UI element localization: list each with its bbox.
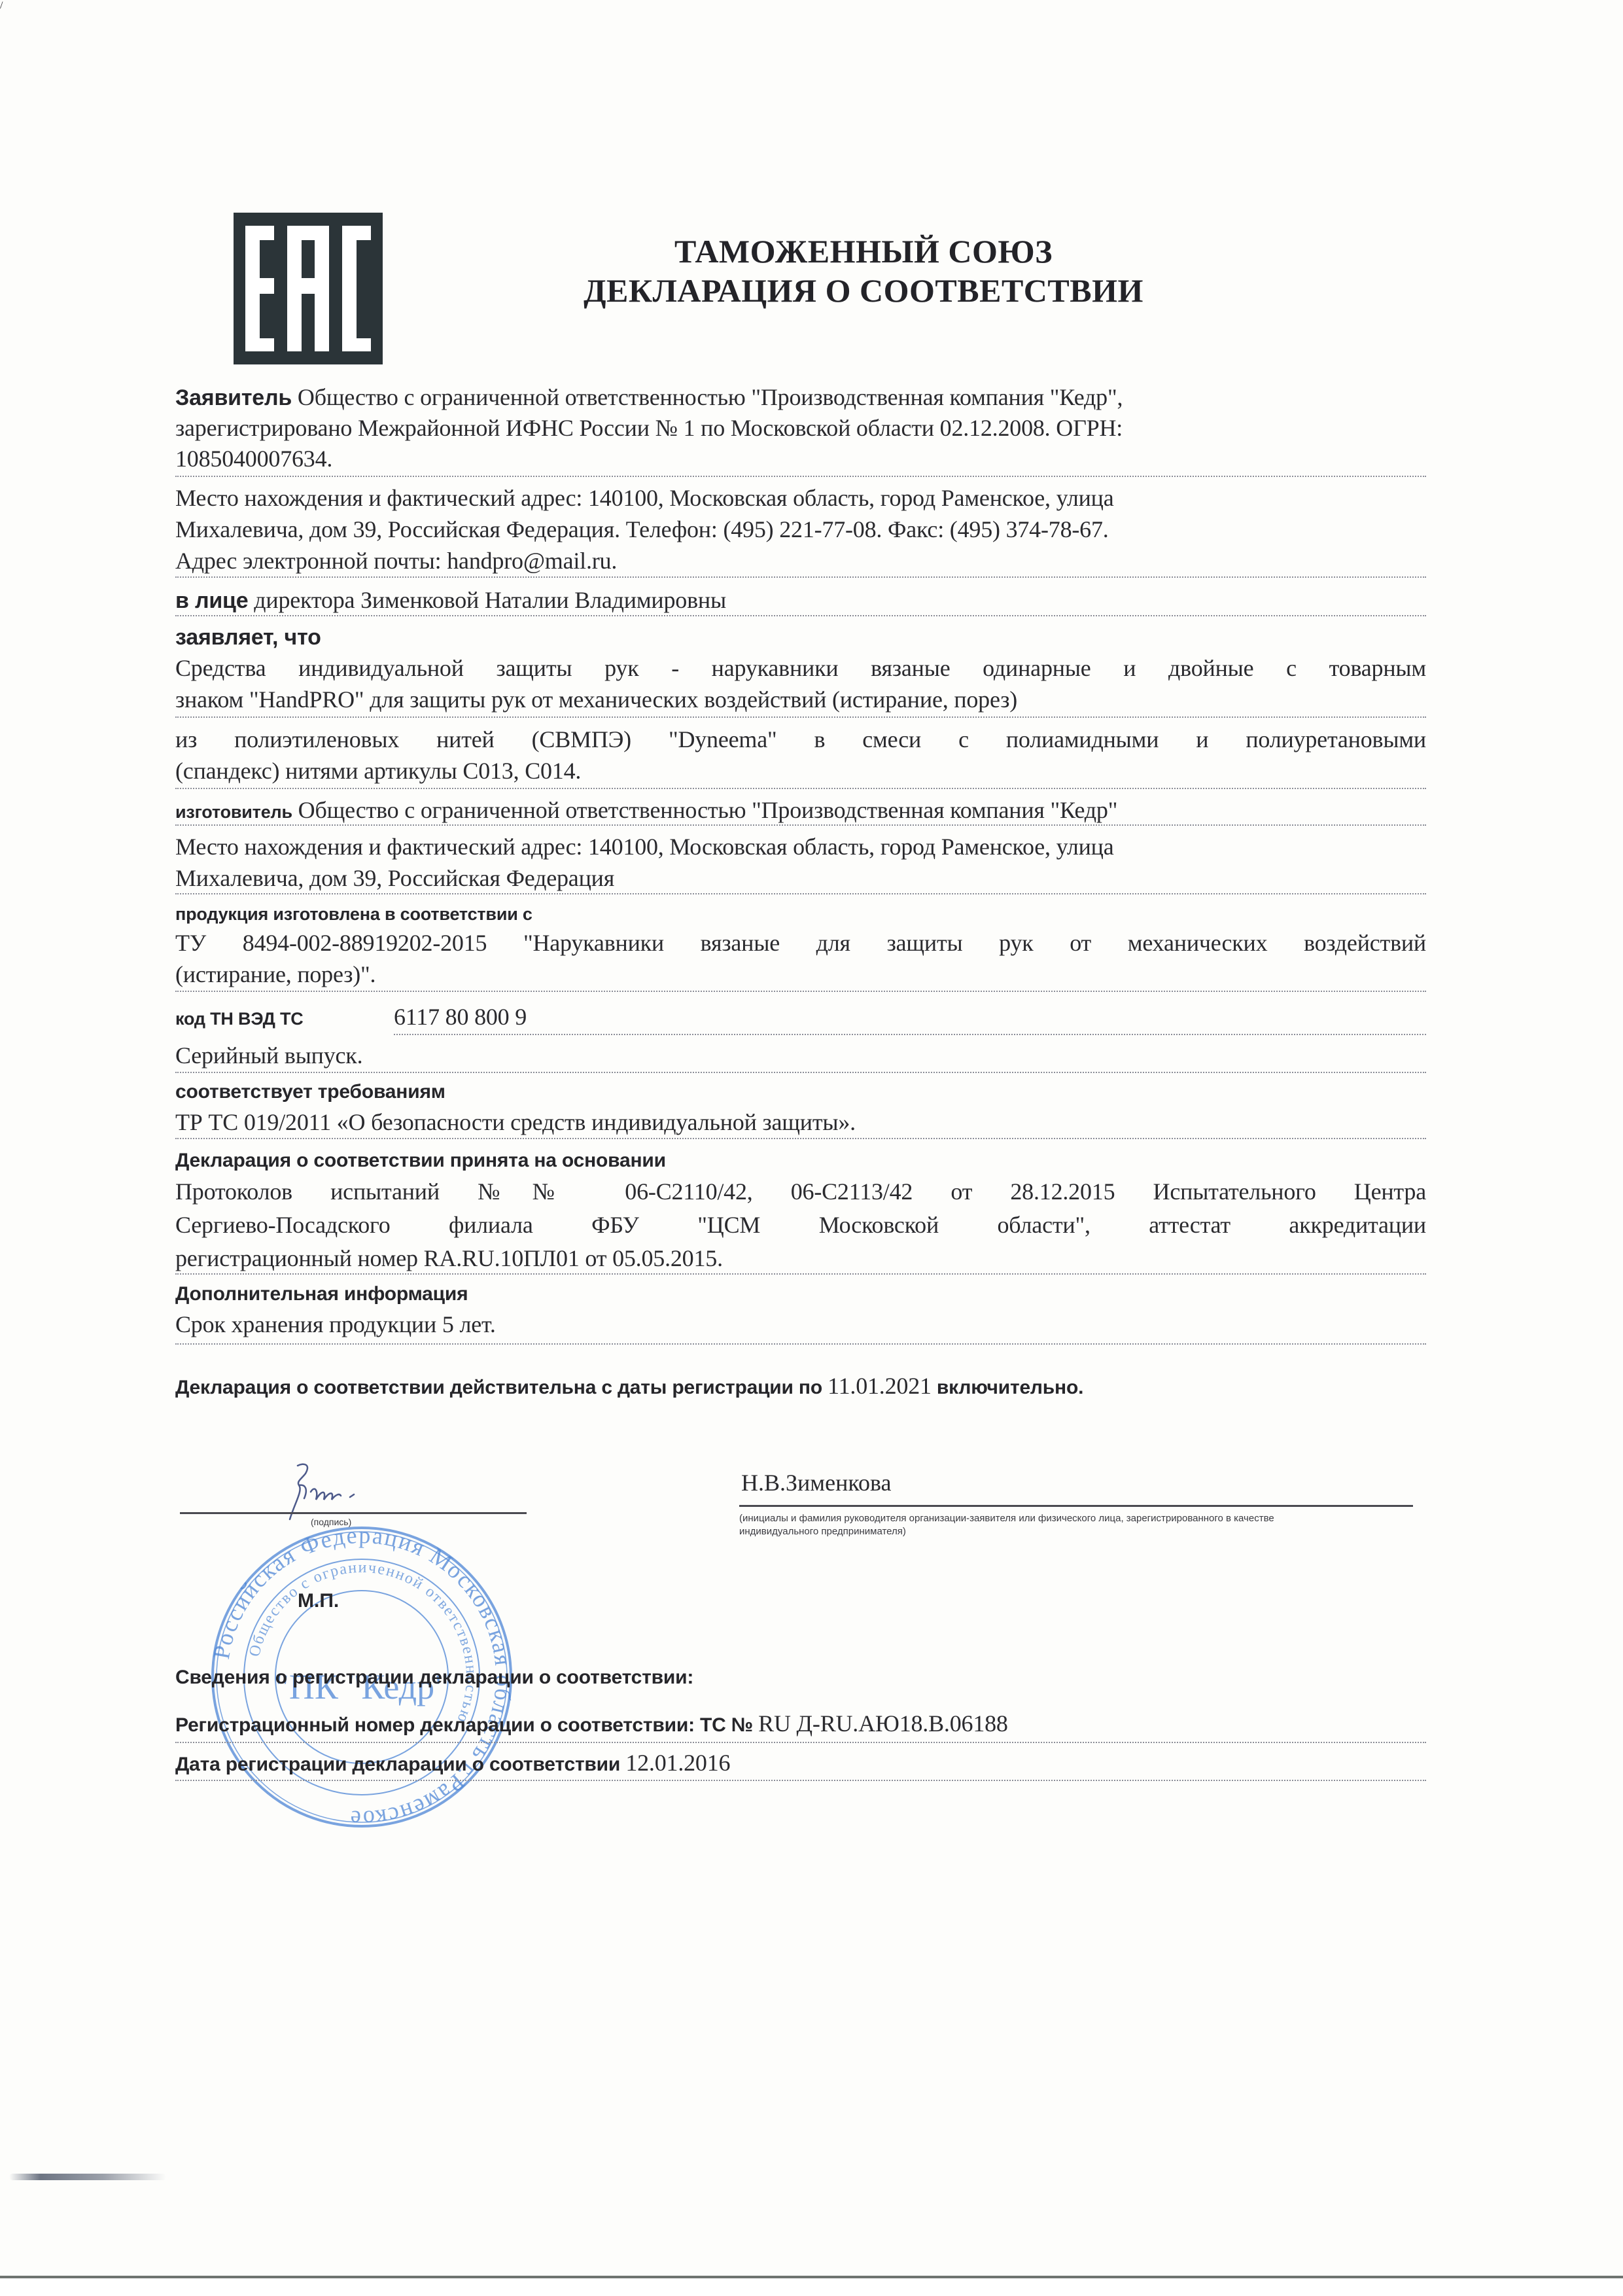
signer-caption-1: (инициалы и фамилия руководителя организ… bbox=[739, 1513, 1274, 1524]
product-line-3: из полиэтиленовых нитей (СВМПЭ) "Dyneema… bbox=[175, 724, 1426, 755]
manufacturer-value: Общество с ограниченной ответственностью… bbox=[292, 797, 1117, 823]
manufacturer-line: изготовитель Общество с ограниченной отв… bbox=[175, 794, 1426, 826]
produced-per-line-1: ТУ 8494-002-88919202-2015 "Нарукавники в… bbox=[175, 927, 1426, 959]
product-line-2: знаком "HandPRO" для защиты рук от механ… bbox=[175, 684, 1426, 715]
signature-line bbox=[180, 1512, 527, 1514]
registration-number-line: Регистрационный номер декларации о соотв… bbox=[175, 1708, 1426, 1739]
separator bbox=[175, 1742, 1426, 1743]
representative-line: в лице директора Зименковой Наталии Влад… bbox=[175, 584, 1426, 616]
separator bbox=[175, 1072, 1426, 1073]
hs-code-value: 6117 80 800 9 bbox=[394, 1001, 721, 1033]
title-declaration: ДЕКЛАРАЦИЯ О СООТВЕТСТВИИ bbox=[458, 270, 1269, 311]
title-customs-union: ТАМОЖЕННЫЙ СОЮЗ bbox=[458, 230, 1269, 272]
hs-code-label: код ТН ВЭД ТС bbox=[175, 1003, 372, 1034]
separator bbox=[175, 1780, 1426, 1781]
validity-prefix: Декларация о соответствии действительна … bbox=[175, 1377, 828, 1398]
produced-per-line-2: (истирание, порез)". bbox=[175, 959, 1426, 990]
separator bbox=[394, 1034, 1426, 1035]
release-type: Серийный выпуск. bbox=[175, 1040, 1426, 1071]
applicant-line-1: Заявитель Общество с ограниченной ответс… bbox=[175, 381, 1426, 413]
separator bbox=[175, 1273, 1426, 1275]
additional-value: Срок хранения продукции 5 лет. bbox=[175, 1309, 1426, 1340]
applicant-address-2: Михалевича, дом 39, Российская Федерация… bbox=[175, 514, 1426, 545]
applicant-address-1: Место нахождения и фактический адрес: 14… bbox=[175, 482, 1426, 514]
validity-date: 11.01.2021 bbox=[828, 1373, 932, 1399]
seal-label: М.П. bbox=[298, 1590, 339, 1612]
signer-name: Н.В.Зименкова bbox=[741, 1469, 892, 1496]
separator bbox=[175, 788, 1426, 789]
applicant-line-2: зарегистрировано Межрайонной ИФНС России… bbox=[175, 412, 1426, 444]
separator bbox=[175, 991, 1426, 992]
signer-name-line bbox=[739, 1505, 1413, 1507]
registration-date-line: Дата регистрации декларации о соответств… bbox=[175, 1747, 1426, 1778]
registration-date-value: 12.01.2016 bbox=[625, 1750, 730, 1776]
separator bbox=[175, 576, 1426, 578]
validity-line: Декларация о соответствии действительна … bbox=[175, 1370, 1426, 1402]
manufacturer-address-1: Место нахождения и фактический адрес: 14… bbox=[175, 831, 1426, 862]
applicant-email: Адрес электронной почты: handpro@mail.ru… bbox=[175, 545, 1426, 576]
separator bbox=[175, 893, 1426, 894]
conforms-label: соответствует требованиям bbox=[175, 1076, 1426, 1108]
declares-label: заявляет, что bbox=[175, 622, 1426, 653]
basis-label: Декларация о соответствии принята на осн… bbox=[175, 1145, 1426, 1176]
product-line-1: Средства индивидуальной защиты рук - нар… bbox=[175, 652, 1426, 684]
eac-logo: EAC bbox=[234, 213, 383, 364]
scan-artifact bbox=[9, 2174, 166, 2180]
applicant-ogrn: 1085040007634. bbox=[175, 443, 1426, 474]
handwritten-signature bbox=[258, 1459, 402, 1525]
separator bbox=[175, 824, 1426, 826]
separator bbox=[175, 1343, 1426, 1345]
separator bbox=[175, 476, 1426, 477]
product-line-4: (спандекс) нитями артикулы С013, С014. bbox=[175, 755, 1426, 786]
separator bbox=[175, 615, 1426, 616]
signer-caption-2: индивидуального предпринимателя) bbox=[739, 1526, 906, 1537]
applicant-name: Общество с ограниченной ответственностью… bbox=[292, 384, 1123, 410]
basis-line-1: Протоколов испытаний №№ 06-С2110/42, 06-… bbox=[175, 1176, 1426, 1207]
basis-line-2: Сергиево-Посадского филиала ФБУ "ЦСМ Мос… bbox=[175, 1209, 1426, 1241]
validity-suffix: включительно. bbox=[932, 1377, 1083, 1398]
registration-number-label: Регистрационный номер декларации о соотв… bbox=[175, 1714, 758, 1736]
applicant-label: Заявитель bbox=[175, 385, 292, 410]
registration-number-value: RU Д-RU.АЮ18.В.06188 bbox=[758, 1710, 1008, 1737]
representative-label: в лице bbox=[175, 588, 248, 613]
conforms-value: ТР ТС 019/2011 «О безопасности средств и… bbox=[175, 1106, 1426, 1138]
scanner-bed bbox=[0, 2278, 1623, 2296]
registration-date-label: Дата регистрации декларации о соответств… bbox=[175, 1754, 625, 1775]
produced-per-label: продукция изготовлена в соответствии с bbox=[175, 898, 1426, 930]
representative-value: директора Зименковой Наталии Владимировн… bbox=[248, 587, 725, 613]
registration-heading: Сведения о регистрации декларации о соот… bbox=[175, 1662, 1426, 1693]
separator bbox=[175, 716, 1426, 718]
basis-line-3: регистрационный номер RA.RU.10ПЛ01 от 05… bbox=[175, 1243, 1426, 1274]
additional-label: Дополнительная информация bbox=[175, 1279, 1426, 1310]
separator bbox=[175, 1138, 1426, 1139]
manufacturer-address-2: Михалевича, дом 39, Российская Федерация bbox=[175, 862, 1426, 894]
manufacturer-label: изготовитель bbox=[175, 802, 292, 822]
